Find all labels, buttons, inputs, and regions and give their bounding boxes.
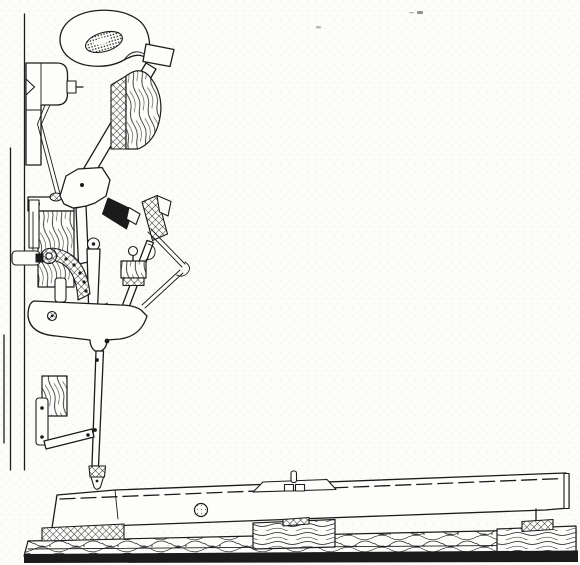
damper-screw (67, 81, 76, 93)
let-off-felt (123, 278, 144, 286)
scanned-figure-page (0, 0, 580, 565)
rest-felt-strip (111, 76, 126, 149)
damper-lever-strip (29, 200, 39, 248)
balance-pin (291, 471, 297, 483)
balance-punching (283, 518, 309, 527)
front-punching (522, 520, 553, 532)
let-off-eye (129, 247, 138, 256)
let-off-button (121, 261, 146, 278)
damper-lever-arm (55, 278, 66, 302)
piano-action-figure (0, 0, 580, 565)
sticker-felt (89, 466, 106, 477)
key-hole (195, 504, 208, 517)
key-front-edge (564, 474, 569, 509)
